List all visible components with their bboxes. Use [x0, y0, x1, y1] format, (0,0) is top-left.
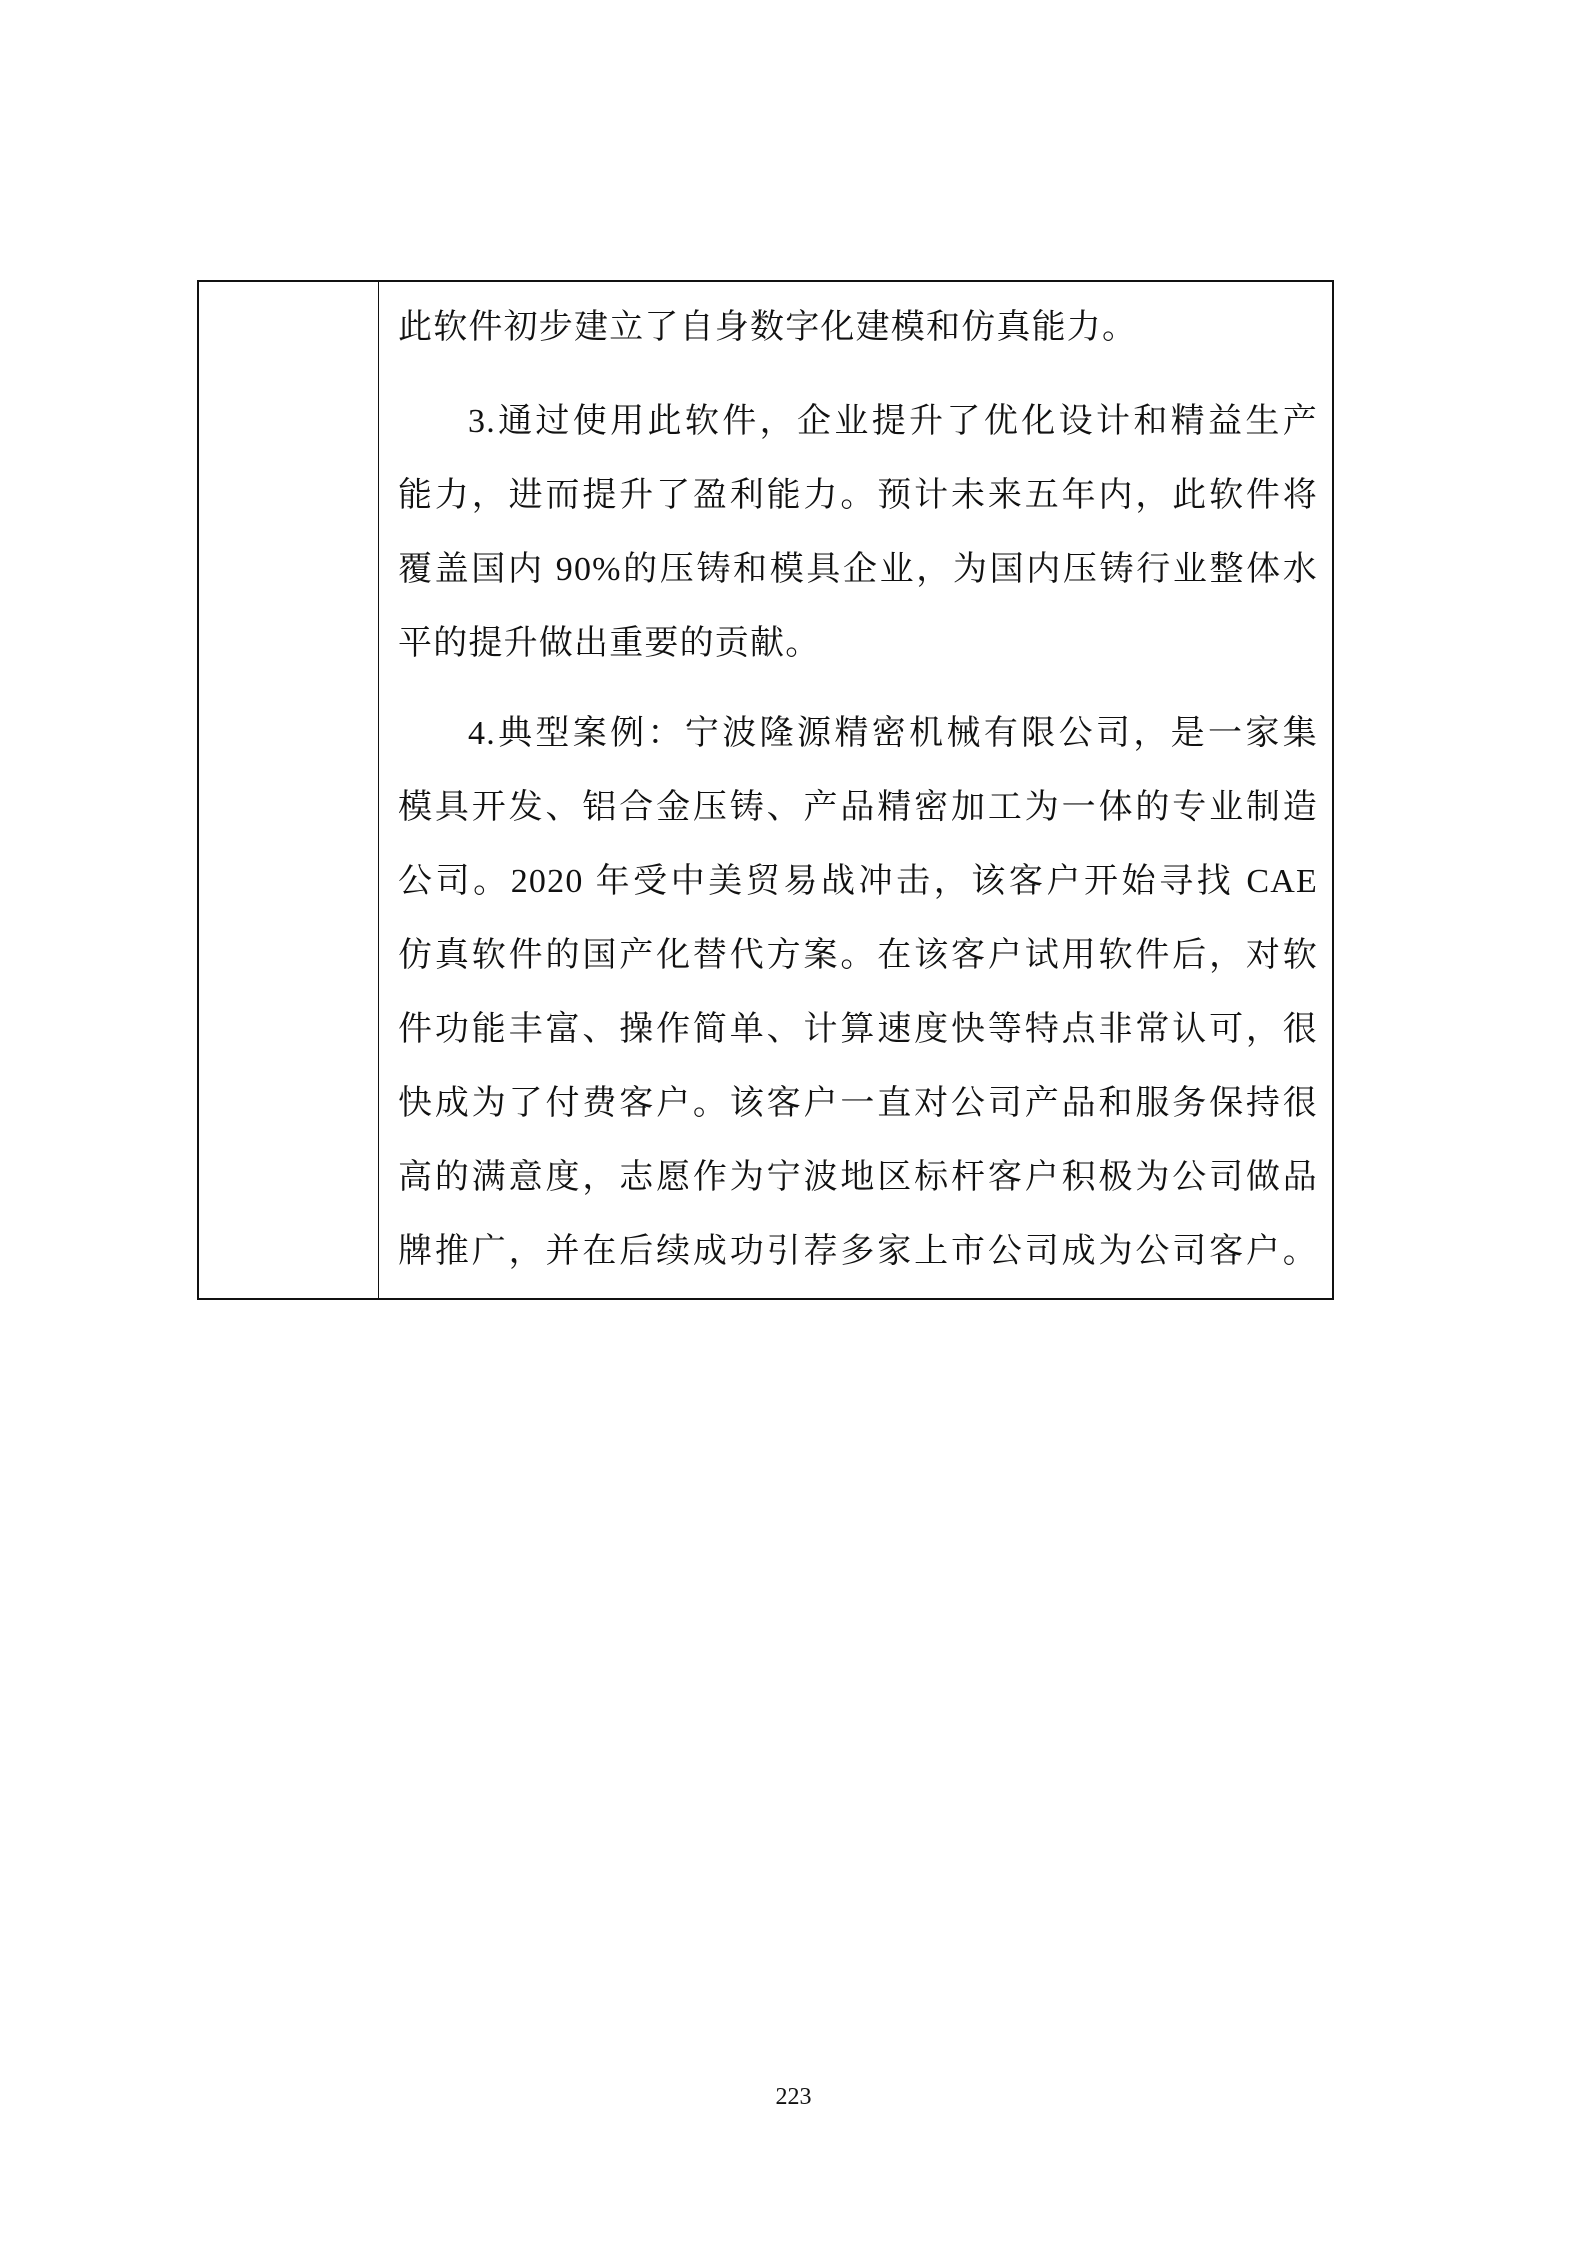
- paragraph-line: 此软件初步建立了自身数字化建模和仿真能力。: [398, 308, 1318, 348]
- paragraph-line: 4.典型案例：宁波隆源精密机械有限公司，是一家集: [398, 714, 1318, 754]
- document-page: 此软件初步建立了自身数字化建模和仿真能力。 3.通过使用此软件，企业提升了优化设…: [0, 0, 1587, 2245]
- content-table: 此软件初步建立了自身数字化建模和仿真能力。 3.通过使用此软件，企业提升了优化设…: [197, 280, 1334, 1300]
- paragraph-line: 3.通过使用此软件，企业提升了优化设计和精益生产: [398, 402, 1318, 442]
- table-left-cell: [199, 282, 379, 1298]
- paragraph-line: 高的满意度，志愿作为宁波地区标杆客户积极为公司做品: [398, 1158, 1318, 1198]
- paragraph-line: 覆盖国内 90%的压铸和模具企业，为国内压铸行业整体水: [398, 550, 1318, 590]
- paragraph-line: 模具开发、铝合金压铸、产品精密加工为一体的专业制造: [398, 788, 1318, 828]
- paragraph-line: 件功能丰富、操作简单、计算速度快等特点非常认可，很: [398, 1010, 1318, 1050]
- paragraph-line: 公司。2020 年受中美贸易战冲击，该客户开始寻找 CAE: [398, 862, 1318, 902]
- paragraph-line: 平的提升做出重要的贡献。: [398, 624, 1318, 664]
- page-number: 223: [0, 2082, 1587, 2112]
- paragraph-line: 牌推广，并在后续成功引荐多家上市公司成为公司客户。: [398, 1232, 1318, 1272]
- paragraph-line: 仿真软件的国产化替代方案。在该客户试用软件后，对软: [398, 936, 1318, 976]
- paragraph-line: 快成为了付费客户。该客户一直对公司产品和服务保持很: [398, 1084, 1318, 1124]
- table-right-cell: 此软件初步建立了自身数字化建模和仿真能力。 3.通过使用此软件，企业提升了优化设…: [380, 282, 1332, 1298]
- paragraph-line: 能力，进而提升了盈利能力。预计未来五年内，此软件将: [398, 476, 1318, 516]
